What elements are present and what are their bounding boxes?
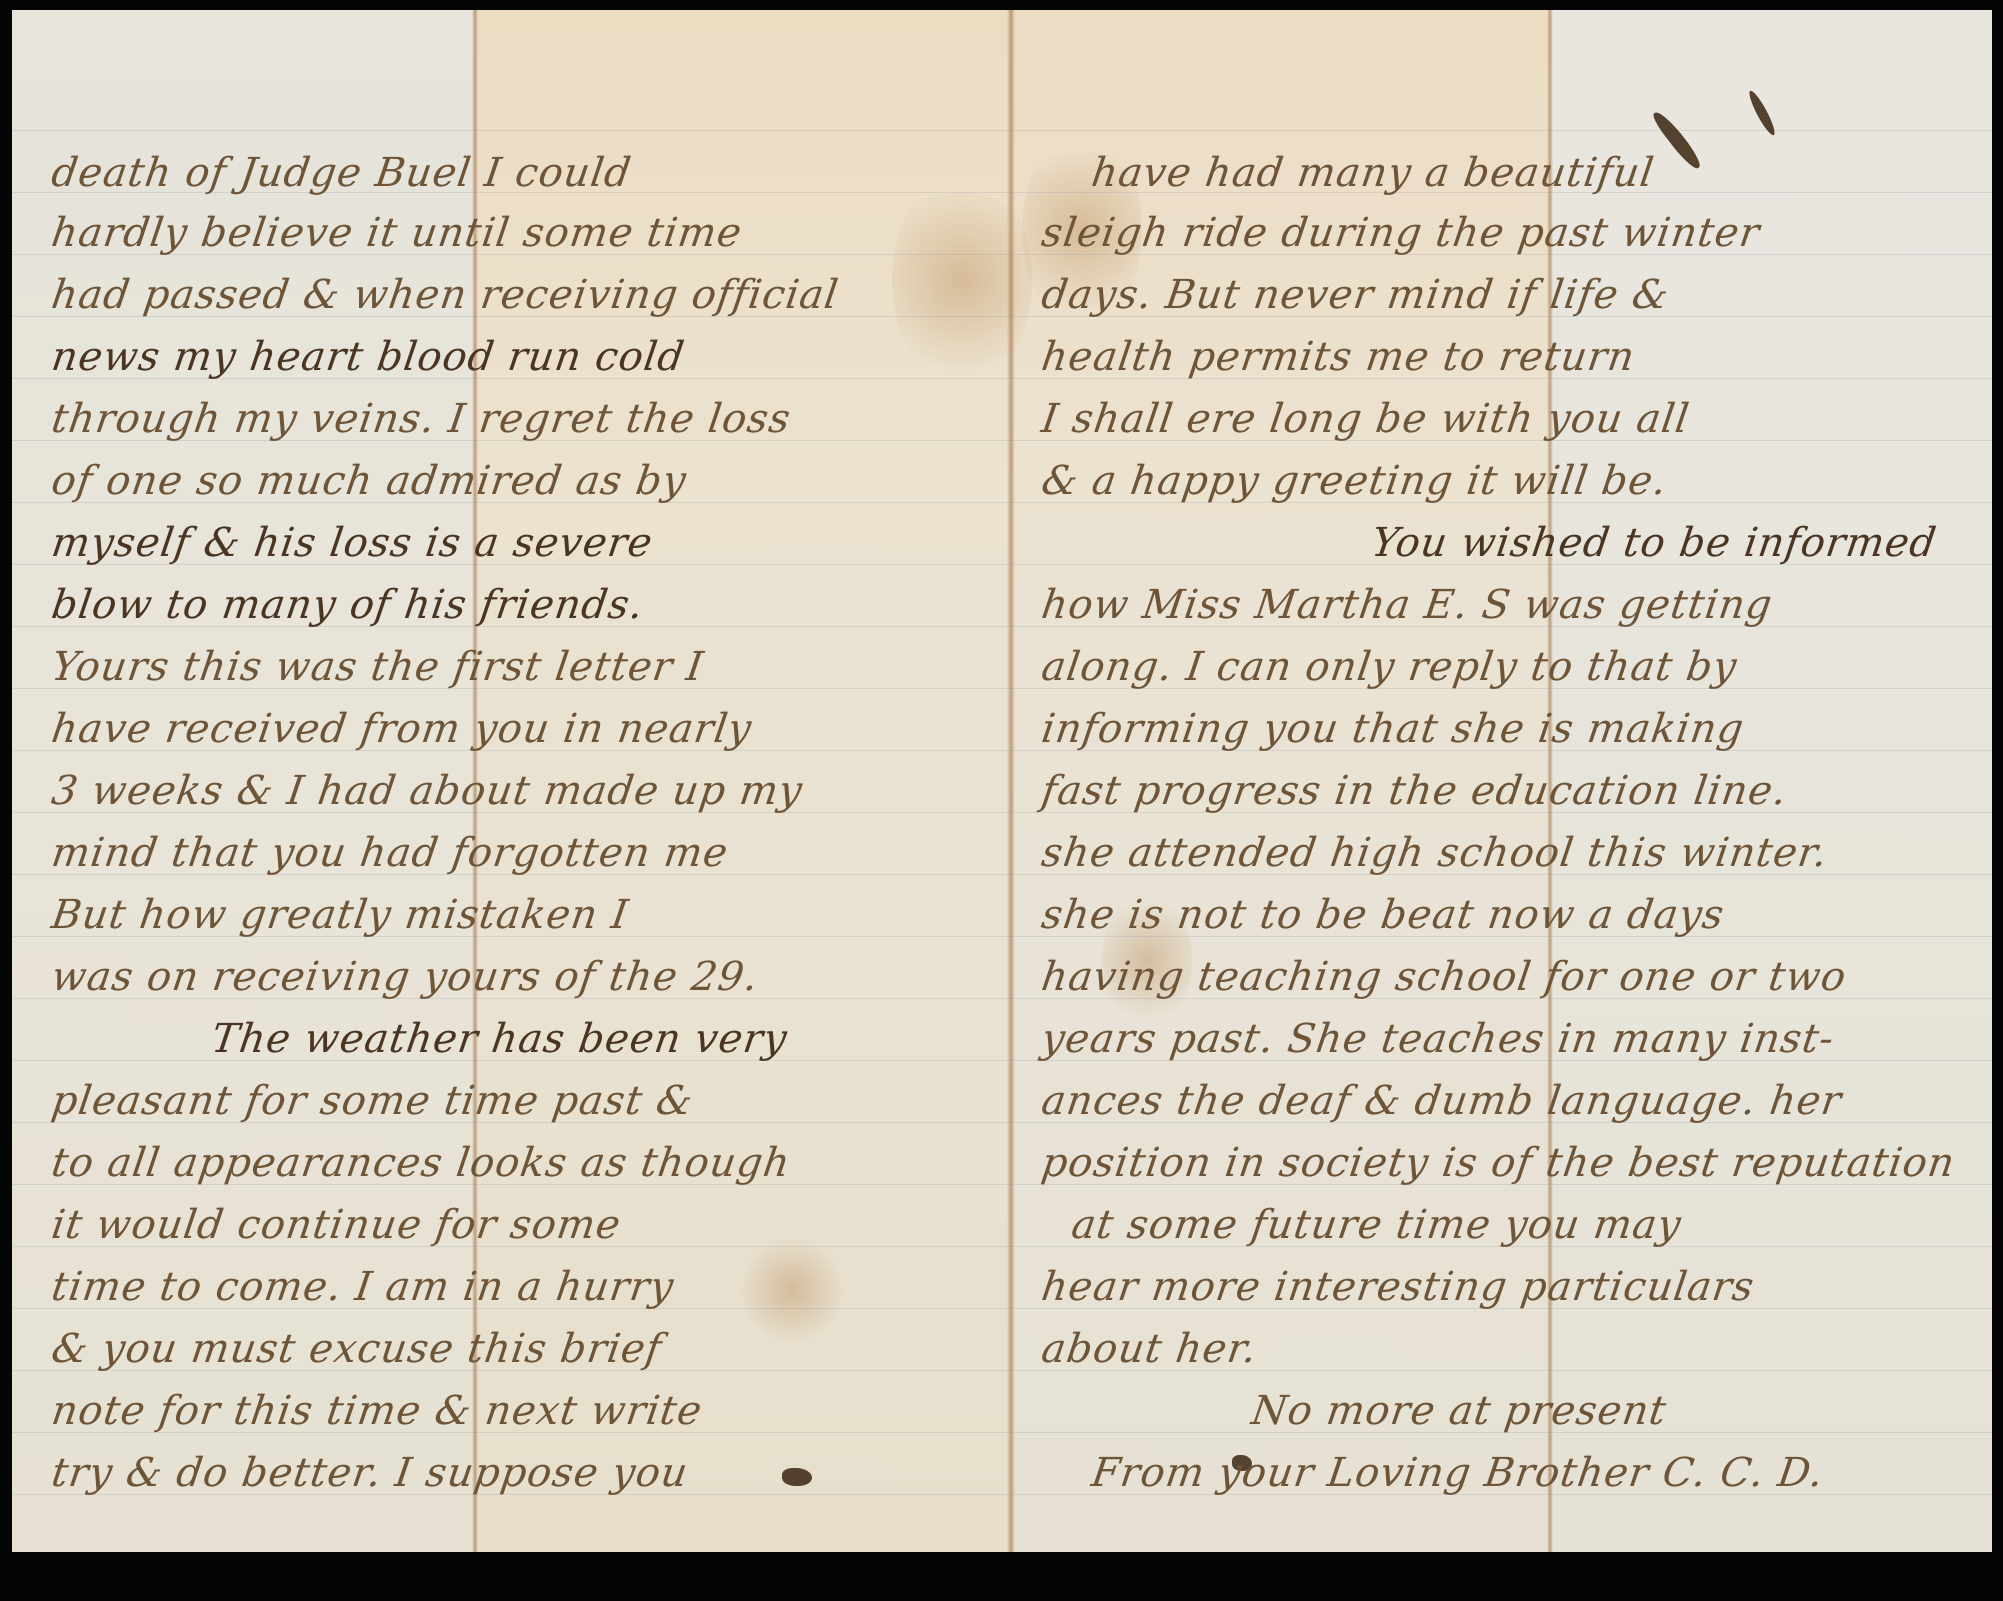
signature-line: From your Loving Brother C. C. D. <box>1089 1450 1827 1496</box>
text-line: Yours this was the first letter I <box>49 644 707 690</box>
text-line: years past. She teaches in many inst- <box>1039 1016 1837 1062</box>
text-line: time to come. I am in a hurry <box>49 1264 677 1310</box>
text-line: news my heart blood run cold <box>49 334 688 380</box>
ruled-line <box>12 130 1992 131</box>
text-line: try & do better. I suppose you <box>49 1450 691 1496</box>
text-line: You wished to be informed <box>1369 520 1940 566</box>
text-line: was on receiving yours of the 29. <box>49 954 762 1000</box>
text-line: through my veins. I regret the loss <box>49 396 794 442</box>
text-line: have received from you in nearly <box>49 706 755 752</box>
text-line: to all appearances looks as though <box>49 1140 794 1186</box>
text-line: it would continue for some <box>49 1202 624 1248</box>
stain <box>892 170 1032 390</box>
text-line: blow to many of his friends. <box>49 582 647 628</box>
text-line: pleasant for some time past & <box>49 1078 697 1124</box>
text-line: & you must excuse this brief <box>49 1326 665 1372</box>
text-line: having teaching school for one or two <box>1039 954 1850 1000</box>
text-line: No more at present <box>1249 1388 1670 1434</box>
text-line: But how greatly mistaken I <box>49 892 632 938</box>
text-line: how Miss Martha E. S was getting <box>1039 582 1776 628</box>
text-line: fast progress in the education line. <box>1039 768 1790 814</box>
text-line: she is not to be beat now a days <box>1039 892 1728 938</box>
text-line: she attended high school this winter. <box>1039 830 1831 876</box>
text-line: hardly believe it until some time <box>49 210 745 256</box>
text-line: have had many a beautiful <box>1089 150 1658 196</box>
text-line: informing you that she is making <box>1039 706 1747 752</box>
text-line: had passed & when receiving official <box>49 272 842 318</box>
stain <box>742 1230 842 1350</box>
text-line: at some future time you may <box>1069 1202 1685 1248</box>
text-line: note for this time & next write <box>49 1388 706 1434</box>
text-line: death of Judge Buel I could <box>49 150 635 196</box>
letter-sheet: death of Judge Buel I could hardly belie… <box>12 10 1992 1552</box>
text-line: The weather has been very <box>209 1016 791 1062</box>
text-line: hear more interesting particulars <box>1039 1264 1758 1310</box>
text-line: position in society is of the best reput… <box>1039 1140 1958 1186</box>
text-line: myself & his loss is a severe <box>49 520 656 566</box>
ink-blot <box>782 1468 812 1486</box>
text-line: ances the deaf & dumb language. her <box>1039 1078 1845 1124</box>
text-line: about her. <box>1039 1326 1260 1372</box>
text-line: 3 weeks & I had about made up my <box>49 768 806 814</box>
text-line: along. I can only reply to that by <box>1039 644 1740 690</box>
text-line: of one so much admired as by <box>49 458 690 504</box>
text-line: & a happy greeting it will be. <box>1039 458 1670 504</box>
text-line: mind that you had forgotten me <box>49 830 731 876</box>
text-line: days. But never mind if life & <box>1039 272 1672 318</box>
text-line: I shall ere long be with you all <box>1039 396 1693 442</box>
text-line: sleigh ride during the past winter <box>1039 210 1763 256</box>
text-line: health permits me to return <box>1039 334 1638 380</box>
